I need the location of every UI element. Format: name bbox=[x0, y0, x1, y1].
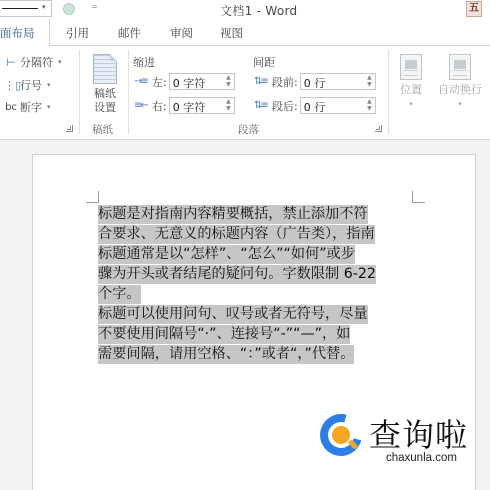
spinner-arrows-icon[interactable]: ▲▼ bbox=[226, 74, 231, 88]
spinner-arrows-icon[interactable]: ▲▼ bbox=[367, 98, 372, 112]
group-label-draft-paper: 稿纸 bbox=[92, 122, 113, 137]
draft-paper-icon bbox=[93, 54, 117, 84]
indent-right-input[interactable]: 0 字符 ▲▼ bbox=[169, 97, 235, 114]
title-bar: ▾ = 文档1 - Word 五 bbox=[0, 0, 490, 19]
text-line: 标题通常是以“怎样”、“怎么”“如何”或步 bbox=[98, 244, 412, 264]
tab-label: 面布局 bbox=[0, 26, 35, 40]
breaks-label: 分隔符 bbox=[20, 54, 53, 70]
spacing-before-input[interactable]: 0 行 ▲▼ bbox=[300, 73, 376, 90]
indent-right-row: ≡← 右: 0 字符 ▲▼ bbox=[134, 97, 235, 114]
crop-mark bbox=[98, 191, 99, 203]
tab-review[interactable]: 审阅 bbox=[170, 25, 193, 41]
draft-paper-settings-button[interactable]: 稿纸 设置 bbox=[88, 54, 122, 115]
indent-left-row: →≡ 左: 0 字符 ▲▼ bbox=[134, 73, 235, 90]
spacing-before-label: 段前: bbox=[272, 74, 298, 90]
spacing-before-row: ⇅≡ 段前: 0 行 ▲▼ bbox=[254, 73, 376, 90]
indent-title: 缩进 bbox=[133, 54, 155, 70]
text-line: 标题可以使用问句、叹号或者无符号，尽量 bbox=[98, 304, 412, 324]
shape-fill-icon[interactable] bbox=[63, 3, 75, 15]
position-button[interactable]: 位置 ▾ bbox=[396, 54, 426, 111]
paragraph-launcher-icon[interactable] bbox=[375, 125, 382, 132]
spinner-arrows-icon[interactable]: ▲▼ bbox=[226, 98, 231, 112]
text-line: 不要使用间隔号“·”、连接号“-”“—”，如 bbox=[98, 324, 412, 344]
text-line: 合要求、无意义的标题内容（广告类），指南 bbox=[98, 224, 412, 244]
spacing-after-row: ⇅≡ 段后: 0 行 ▲▼ bbox=[254, 97, 376, 114]
indent-left-value: 0 字符 bbox=[173, 77, 206, 90]
spacing-title: 间距 bbox=[253, 54, 275, 70]
document-text[interactable]: 标题是对指南内容精要概括，禁止添加不符 合要求、无意义的标题内容（广告类），指南… bbox=[98, 204, 412, 364]
group-divider bbox=[388, 50, 389, 134]
spacing-before-value: 0 行 bbox=[304, 77, 326, 90]
spacing-after-input[interactable]: 0 行 ▲▼ bbox=[300, 97, 376, 114]
tab-mailings[interactable]: 邮件 bbox=[118, 25, 141, 41]
indent-left-icon: →≡ bbox=[134, 76, 152, 87]
chevron-down-icon: ▾ bbox=[396, 97, 426, 111]
window-title: 文档1 - Word bbox=[220, 2, 297, 19]
watermark-url: chaxunla.com bbox=[386, 452, 457, 464]
text-line: 标题是对指南内容精要概括，禁止添加不符 bbox=[98, 204, 412, 224]
indent-left-input[interactable]: 0 字符 ▲▼ bbox=[169, 73, 235, 90]
line-numbers-button[interactable]: ⋮▯ 行号 ▾ bbox=[4, 77, 51, 93]
group-divider bbox=[128, 50, 129, 134]
line-numbers-label: 行号 bbox=[20, 77, 42, 93]
hyphenation-icon: bc bbox=[4, 102, 18, 113]
indent-right-label: 右: bbox=[152, 98, 167, 114]
hyphenation-label: 断字 bbox=[20, 99, 42, 115]
button-label: 自动换行 bbox=[432, 83, 488, 97]
spacing-after-label: 段后: bbox=[272, 98, 298, 114]
text-line: 个字。 bbox=[98, 284, 412, 304]
button-label: 设置 bbox=[88, 101, 122, 115]
customize-qat-icon[interactable]: = bbox=[91, 2, 98, 11]
breaks-button[interactable]: ⊢ 分隔符 ▾ bbox=[4, 54, 62, 70]
wrap-text-button[interactable]: 自动换行 ▾ bbox=[432, 54, 488, 111]
watermark-brand: 查询啦 bbox=[369, 410, 468, 456]
breaks-icon: ⊢ bbox=[4, 56, 18, 69]
tab-view[interactable]: 视图 bbox=[220, 25, 243, 41]
ime-indicator-icon[interactable]: 五 bbox=[466, 1, 482, 17]
button-label: 稿纸 bbox=[88, 87, 122, 101]
group-divider bbox=[79, 50, 80, 134]
chevron-down-icon: ▾ bbox=[47, 103, 51, 111]
wrap-text-icon bbox=[449, 54, 471, 80]
group-label-paragraph: 段落 bbox=[238, 122, 259, 137]
text-line: 骤为开头或者结尾的疑问句。字数限制 6-22 bbox=[98, 264, 412, 284]
button-label: 位置 bbox=[396, 83, 426, 97]
tab-page-layout[interactable]: 面布局 bbox=[0, 19, 50, 47]
spacing-after-value: 0 行 bbox=[304, 101, 326, 114]
spacing-before-icon: ⇅≡ bbox=[254, 76, 272, 87]
hyphenation-button[interactable]: bc 断字 ▾ bbox=[4, 99, 51, 115]
spinner-arrows-icon[interactable]: ▲▼ bbox=[367, 74, 372, 88]
tab-references[interactable]: 引用 bbox=[66, 25, 89, 41]
indent-right-value: 0 字符 bbox=[173, 101, 206, 114]
spacing-after-icon: ⇅≡ bbox=[254, 100, 272, 111]
ribbon-tabs: 面布局 引用 邮件 审阅 视图 bbox=[0, 19, 490, 46]
watermark-logo: 查询啦 chaxunla.com bbox=[314, 402, 484, 472]
text-line: 需要间隔，请用空格、“：”或者“，”代替。 bbox=[98, 344, 412, 364]
crop-mark bbox=[86, 202, 98, 203]
chevron-down-icon: ▾ bbox=[58, 58, 62, 66]
indent-left-label: 左: bbox=[152, 74, 167, 90]
line-numbers-icon: ⋮▯ bbox=[4, 79, 18, 92]
page-setup-launcher-icon[interactable] bbox=[66, 125, 73, 132]
indent-right-icon: ≡← bbox=[134, 100, 152, 111]
chevron-down-icon: ▾ bbox=[432, 97, 488, 111]
position-icon bbox=[400, 54, 422, 80]
ribbon: ⊢ 分隔符 ▾ ⋮▯ 行号 ▾ bc 断字 ▾ 稿纸 设置 稿纸 缩进 间距 →… bbox=[0, 46, 490, 140]
line-style-dropdown[interactable]: ▾ bbox=[0, 0, 52, 17]
crop-mark bbox=[413, 202, 425, 203]
chevron-down-icon: ▾ bbox=[47, 81, 51, 89]
chevron-down-icon: ▾ bbox=[42, 3, 46, 11]
